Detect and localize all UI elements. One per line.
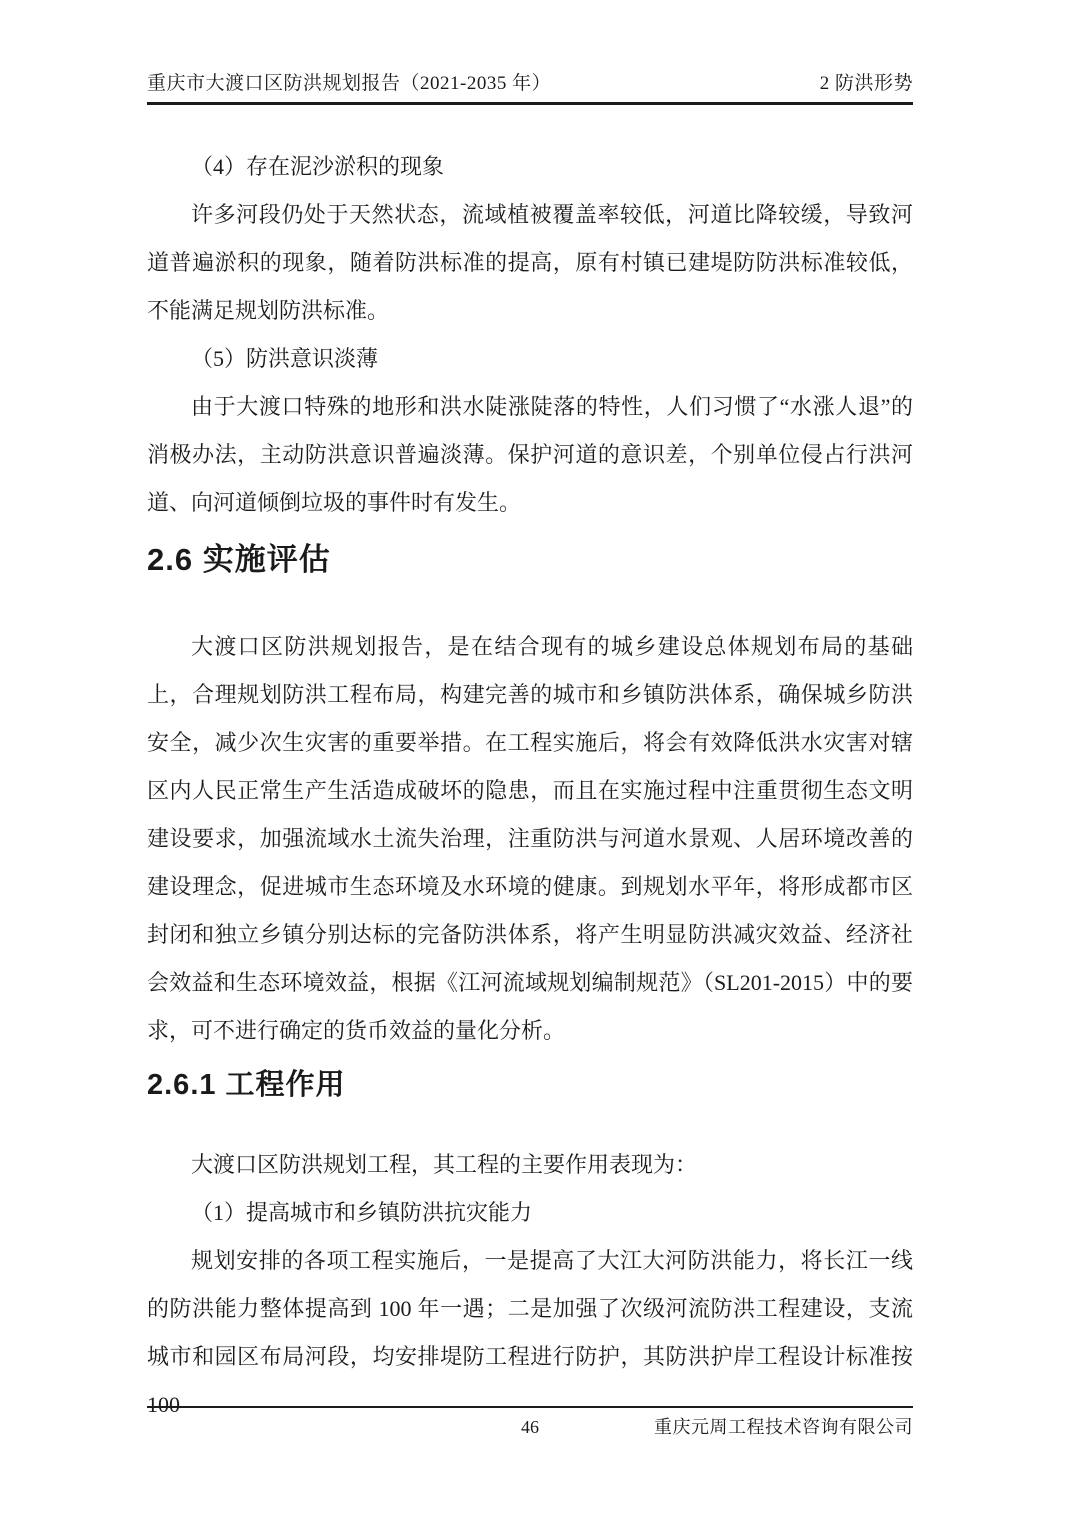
page-body: （4）存在泥沙淤积的现象 许多河段仍处于天然状态，流域植被覆盖率较低，河道比降较… [147, 143, 913, 1429]
body-paragraph-evaluation: 大渡口区防洪规划报告，是在结合现有的城乡建设总体规划布局的基础上，合理规划防洪工… [147, 623, 913, 1055]
header-report-title: 重庆市大渡口区防洪规划报告（2021-2035 年） [147, 68, 551, 95]
header-chapter-label: 2 防洪形势 [820, 68, 913, 95]
page-footer: 46 重庆元周工程技术咨询有限公司 [147, 1406, 913, 1439]
list-item-5-heading: （5）防洪意识淡薄 [147, 335, 913, 383]
body-paragraph-project-effects: 规划安排的各项工程实施后，一是提高了大江大河防洪能力，将长江一线的防洪能力整体提… [147, 1237, 913, 1429]
body-paragraph-sediment: 许多河段仍处于天然状态，流域植被覆盖率较低，河道比降较缓，导致河道普遍淤积的现象… [147, 191, 913, 335]
list-item-1-heading: （1）提高城市和乡镇防洪抗灾能力 [147, 1189, 913, 1237]
list-item-4-heading: （4）存在泥沙淤积的现象 [147, 143, 913, 191]
footer-company-name: 重庆元周工程技术咨询有限公司 [539, 1413, 913, 1439]
section-heading-2-6: 2.6 实施评估 [147, 538, 913, 582]
page-number: 46 [521, 1417, 539, 1438]
section-heading-2-6-1: 2.6.1 工程作用 [147, 1063, 913, 1107]
page-header: 重庆市大渡口区防洪规划报告（2021-2035 年） 2 防洪形势 [147, 68, 913, 105]
document-page: 重庆市大渡口区防洪规划报告（2021-2035 年） 2 防洪形势 （4）存在泥… [0, 0, 1074, 1520]
body-paragraph-awareness: 由于大渡口特殊的地形和洪水陡涨陡落的特性，人们习惯了“水涨人退”的消极办法，主动… [147, 383, 913, 527]
body-paragraph-project-role-intro: 大渡口区防洪规划工程，其工程的主要作用表现为： [147, 1141, 913, 1189]
